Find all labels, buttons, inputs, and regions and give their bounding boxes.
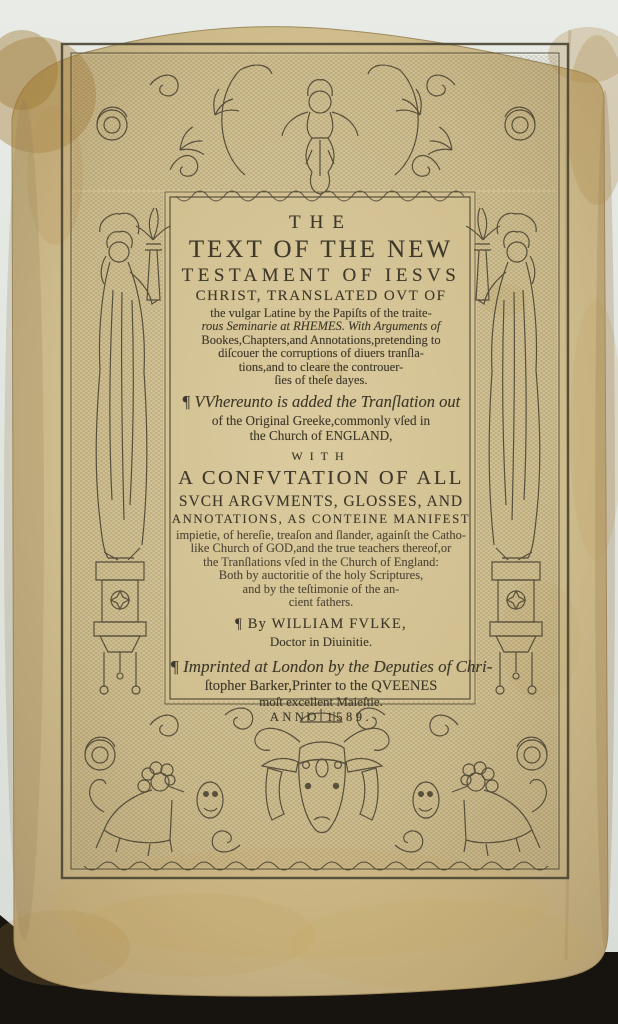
imprint-line: ſtopher Barker,Printer to the QVEENES (170, 678, 472, 694)
confutation-line: like Church of GOD,and the true teachers… (170, 542, 472, 555)
imprint-line: moſt excellent Maieſtie. (170, 694, 472, 709)
photo-of-book: { "photo": { "background_top_color": "#e… (0, 0, 618, 1024)
whereunto-line: of the Original Greeke,commonly vſed in (170, 414, 472, 429)
title-page-text: THE TEXT OF THE NEW TESTAMENT OF IESVS C… (170, 213, 472, 723)
confutation-line: cient fathers. (170, 596, 472, 609)
title-line: TEXT OF THE NEW (170, 237, 472, 262)
imprint-line: ANNO 1589. (170, 711, 472, 724)
whereunto-line: ¶ VVhereunto is added the Tranſlation ou… (170, 394, 472, 411)
whereunto-line: the Church of ENGLAND, (170, 429, 472, 444)
with-label: WITH (170, 450, 472, 462)
confutation-line: and by the teſtimonie of the an- (170, 583, 472, 596)
subtitle-line: diſcouer the corruptions of diuers tranſ… (170, 347, 472, 360)
imprint-line: ¶ Imprinted at London by the Deputies of… (170, 658, 472, 675)
author-line: Doctor in Diuinitie. (170, 634, 472, 649)
confutation-line: the Tranſlations vſed in the Church of E… (170, 556, 472, 569)
confutation-line: Both by auctoritie of the holy Scripture… (170, 569, 472, 582)
title-line: CHRIST, TRANSLATED OVT OF (170, 289, 472, 304)
subtitle-line: ſies of theſe dayes. (170, 374, 472, 387)
subtitle-line: rous Seminarie at RHEMES. With Arguments… (170, 320, 472, 333)
confutation-line: ANNOTATIONS, AS CONTEINE MANIFEST (170, 513, 472, 526)
author-line: ¶ By WILLIAM FVLKE, (170, 617, 472, 632)
confutation-line: impietie, of hereſie, treaſon and ſlande… (170, 529, 472, 542)
subtitle-line: the vulgar Latine by the Papiſts of the … (170, 307, 472, 320)
title-line: THE (170, 213, 472, 232)
confutation-line: A CONFVTATION OF ALL (170, 468, 472, 489)
subtitle-line: Bookes,Chapters,and Annotations,pretendi… (170, 334, 472, 347)
confutation-line: SVCH ARGVMENTS, GLOSSES, AND (170, 494, 472, 510)
subtitle-line: tions,and to cleare the controuer- (170, 361, 472, 374)
title-line: TESTAMENT OF IESVS (170, 266, 472, 285)
